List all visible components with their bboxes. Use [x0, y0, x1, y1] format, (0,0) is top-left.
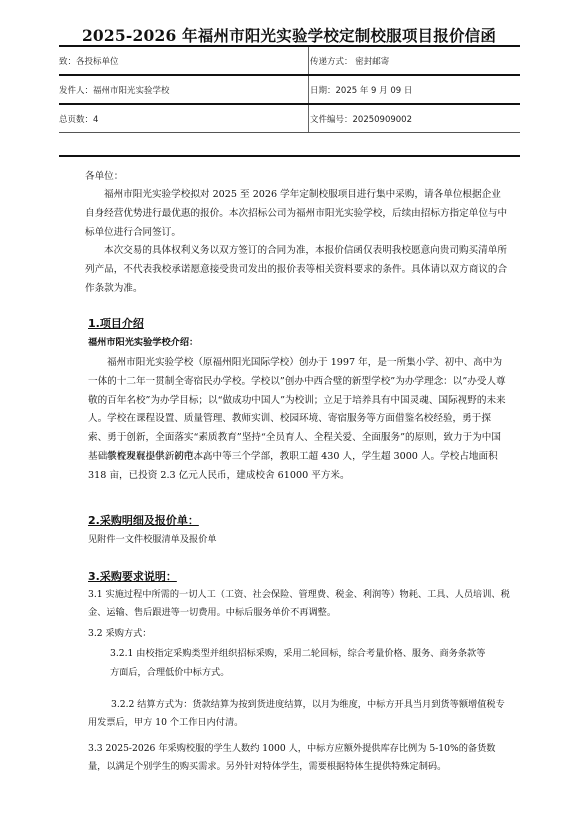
- delivery-method-field: 传递方式： 密封邮寄: [308, 47, 520, 74]
- requirement-3-2-2: 3.2.2 结算方式为：货款结算为按到货进度结算，以月为维度，中标方开具当月到货…: [88, 696, 513, 731]
- attachment-reference: 见附件一文件校服清单及报价单: [88, 531, 513, 549]
- intro-paragraph-1: 福州市阳光实验学校拟对 2025 至 2026 学年定制校服项目进行集中采购，请…: [85, 186, 510, 242]
- requirement-3-1: 3.1 实施过程中所需的一切人工（工资、社会保险、管理费、税金、利润等）物耗、工…: [88, 586, 513, 621]
- section-2-title: 2.采购明细及报价单：: [88, 512, 513, 531]
- header-row-pages: 总页数：4 文件编号：20250909002: [59, 103, 520, 133]
- total-pages-field: 总页数：4: [59, 105, 307, 132]
- salutation: 各单位：: [85, 168, 510, 187]
- requirement-3-3: 3.3 2025-2026 年采购校服的学生人数约 1000 人，中标方应额外提…: [88, 740, 513, 775]
- requirement-3-2-1: 3.2.1 由校指定采购类型并组织招标采购，采用二轮回标，综合考量价格、服务、商…: [110, 644, 490, 682]
- document-number-field: 文件编号：20250909002: [308, 105, 520, 132]
- section-1-title: 1.项目介绍: [88, 315, 513, 334]
- document-title: 2025-2026 年福州市阳光实验学校定制校服项目报价信函: [0, 24, 578, 46]
- sender-field: 发件人：福州市阳光实验学校: [59, 76, 307, 103]
- header-row-sender: 发件人：福州市阳光实验学校 日期：2025 年 9 月 09 日: [59, 74, 520, 103]
- school-stats-paragraph: 学校现有小学、初中、高中等三个学部，教职工超 430 人，学生超 3000 人。…: [88, 448, 510, 486]
- section-1-subtitle: 福州市阳光实验学校介绍：: [88, 334, 513, 353]
- section-3-title: 3.采购要求说明：: [88, 568, 513, 587]
- header-row-recipient: 致：各投标单位 传递方式： 密封邮寄: [59, 45, 520, 74]
- intro-paragraph-2: 本次交易的具体权利义务以双方签订的合同为准，本报价信函仅表明我校愿意向贵司购买清…: [85, 242, 510, 298]
- date-field: 日期：2025 年 9 月 09 日: [308, 76, 520, 103]
- header-divider: [59, 155, 520, 157]
- requirement-3-2: 3.2 采购方式：: [88, 625, 513, 643]
- header-table: 致：各投标单位 传递方式： 密封邮寄 发件人：福州市阳光实验学校 日期：2025…: [59, 45, 520, 133]
- recipient-field: 致：各投标单位: [59, 47, 307, 74]
